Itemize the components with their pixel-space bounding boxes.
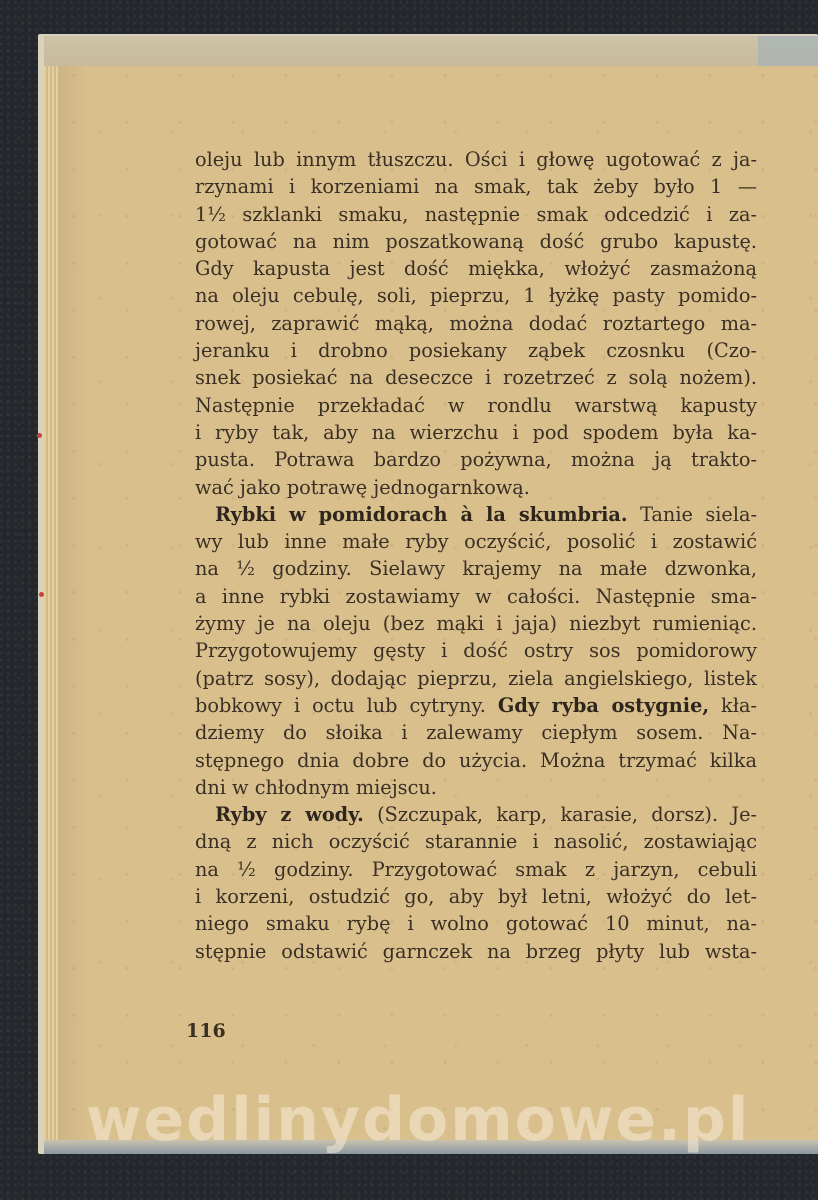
text-line: wać jako potrawę jednogarnkową.	[195, 474, 757, 501]
text-segment: dną z nich oczyścić starannie i nasolić,…	[195, 830, 757, 853]
watermark: wedlinydomowe.pl	[86, 1085, 766, 1155]
text-segment: kła-	[709, 694, 757, 717]
text-segment: bobkowy i octu lub cytryny.	[195, 694, 498, 717]
text-segment: gotować na nim poszatkowaną dość grubo k…	[195, 230, 757, 253]
text-line: (patrz sosy), dodając pieprzu, ziela ang…	[195, 665, 757, 692]
red-mark	[39, 592, 44, 597]
text-line: bobkowy i octu lub cytryny. Gdy ryba ost…	[195, 692, 757, 719]
text-line: Gdy kapusta jest dość miękka, włożyć zas…	[195, 255, 757, 282]
text-segment: jeranku i drobno posiekany ząbek czosnku…	[195, 339, 757, 362]
text-line: i korzeni, ostudzić go, aby był letni, w…	[195, 883, 757, 910]
text-line: Rybki w pomidorach à la skumbria. Tanie …	[195, 501, 757, 528]
text-segment: rowej, zaprawić mąką, można dodać roztar…	[195, 312, 757, 335]
text-line: wy lub inne małe ryby oczyścić, posolić …	[195, 528, 757, 555]
text-segment: niego smaku rybę i wolno gotować 10 minu…	[195, 912, 757, 935]
text-segment: na ½ godziny. Przygotować smak z jarzyn,…	[195, 858, 757, 881]
text-segment: i korzeni, ostudzić go, aby był letni, w…	[195, 885, 757, 908]
text-segment: dni w chłodnym miejscu.	[195, 776, 437, 799]
recipe-heading: Ryby z wody.	[215, 803, 364, 826]
text-line: na ½ godziny. Sielawy krajemy na małe dz…	[195, 555, 757, 582]
text-segment: rzynami i korzeniami na smak, tak żeby b…	[195, 175, 757, 198]
text-line: Ryby z wody. (Szczupak, karp, karasie, d…	[195, 801, 757, 828]
page-top-flap	[44, 36, 818, 68]
text-line: na ½ godziny. Przygotować smak z jarzyn,…	[195, 856, 757, 883]
text-line: dną z nich oczyścić starannie i nasolić,…	[195, 828, 757, 855]
text-line: stępnie odstawić garnczek na brzeg płyty…	[195, 938, 757, 965]
text-segment: 1½ szklanki smaku, następnie smak odcedz…	[195, 203, 757, 226]
text-segment: wać jako potrawę jednogarnkową.	[195, 476, 530, 499]
text-segment: stępnego dnia dobre do użycia. Można trz…	[195, 749, 757, 772]
text-segment: i ryby tak, aby na wierzchu i pod spodem…	[195, 421, 757, 444]
text-segment: na oleju cebulę, soli, pieprzu, 1 łyżkę …	[195, 284, 757, 307]
text-line: 1½ szklanki smaku, następnie smak odcedz…	[195, 201, 757, 228]
text-segment: Przygotowujemy gęsty i dość ostry sos po…	[195, 639, 757, 662]
tape-strip	[758, 36, 818, 66]
text-segment: na ½ godziny. Sielawy krajemy na małe dz…	[195, 557, 757, 580]
text-segment: oleju lub innym tłuszczu. Ości i głowę u…	[195, 148, 757, 171]
text-line: i ryby tak, aby na wierzchu i pod spodem…	[195, 419, 757, 446]
text-segment: snek posiekać na deseczce i rozetrzeć z …	[195, 366, 757, 389]
text-segment: Gdy kapusta jest dość miękka, włożyć zas…	[195, 257, 757, 280]
text-segment: dziemy do słoika i zalewamy ciepłym sose…	[195, 721, 757, 744]
text-line: a inne rybki zostawiamy w całości. Nastę…	[195, 583, 757, 610]
text-line: pusta. Potrawa bardzo pożywna, można ją …	[195, 446, 757, 473]
page-number: 116	[186, 1020, 226, 1042]
text-line: rzynami i korzeniami na smak, tak żeby b…	[195, 173, 757, 200]
text-segment: a inne rybki zostawiamy w całości. Nastę…	[195, 585, 757, 608]
text-line: oleju lub innym tłuszczu. Ości i głowę u…	[195, 146, 757, 173]
text-line: żymy je na oleju (bez mąki i jaja) niezb…	[195, 610, 757, 637]
text-segment: Następnie przekładać w rondlu warstwą ka…	[195, 394, 757, 417]
text-segment: Tanie siela-	[628, 503, 757, 526]
text-line: snek posiekać na deseczce i rozetrzeć z …	[195, 364, 757, 391]
text-line: rowej, zaprawić mąką, można dodać roztar…	[195, 310, 757, 337]
page-body-text: oleju lub innym tłuszczu. Ości i głowę u…	[195, 146, 757, 965]
text-segment: pusta. Potrawa bardzo pożywna, można ją …	[195, 448, 757, 471]
recipe-heading: Rybki w pomidorach à la skumbria.	[215, 503, 628, 526]
text-segment: stępnie odstawić garnczek na brzeg płyty…	[195, 940, 757, 963]
text-line: dziemy do słoika i zalewamy ciepłym sose…	[195, 719, 757, 746]
text-line: Następnie przekładać w rondlu warstwą ka…	[195, 392, 757, 419]
text-line: stępnego dnia dobre do użycia. Można trz…	[195, 747, 757, 774]
recipe-heading: Gdy ryba ostygnie,	[498, 694, 709, 717]
text-segment: żymy je na oleju (bez mąki i jaja) niezb…	[195, 612, 757, 635]
text-line: dni w chłodnym miejscu.	[195, 774, 757, 801]
text-segment: wy lub inne małe ryby oczyścić, posolić …	[195, 530, 757, 553]
text-line: Przygotowujemy gęsty i dość ostry sos po…	[195, 637, 757, 664]
text-segment: (Szczupak, karp, karasie, dorsz). Je-	[364, 803, 757, 826]
text-line: jeranku i drobno posiekany ząbek czosnku…	[195, 337, 757, 364]
text-line: niego smaku rybę i wolno gotować 10 minu…	[195, 910, 757, 937]
red-mark	[37, 433, 42, 438]
text-line: na oleju cebulę, soli, pieprzu, 1 łyżkę …	[195, 282, 757, 309]
text-segment: (patrz sosy), dodając pieprzu, ziela ang…	[195, 667, 757, 690]
text-line: gotować na nim poszatkowaną dość grubo k…	[195, 228, 757, 255]
